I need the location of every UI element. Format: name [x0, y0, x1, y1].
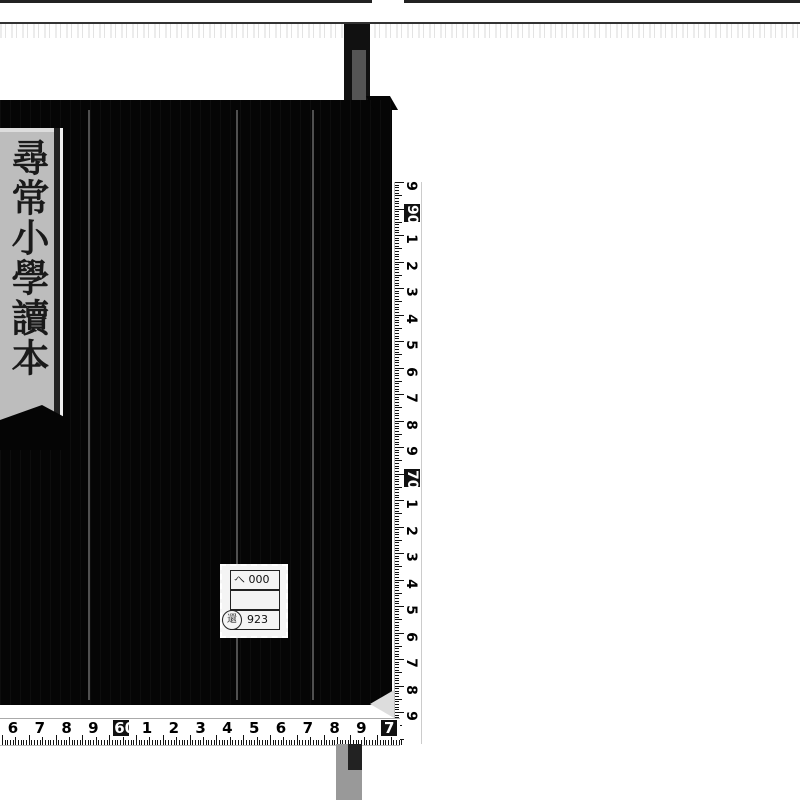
scale-tick	[395, 693, 399, 694]
scale-tick	[377, 735, 378, 745]
scale-tick	[326, 740, 327, 745]
scale-tick	[332, 740, 333, 745]
scale-tick	[257, 737, 258, 745]
scale-tick	[80, 740, 81, 745]
scale-tick	[395, 691, 399, 692]
scale-tick	[395, 683, 399, 684]
scale-tick	[395, 320, 399, 321]
scale-tick	[395, 275, 402, 276]
scale-tick	[61, 740, 62, 745]
scale-tick	[174, 740, 175, 745]
scale-tick	[235, 740, 236, 745]
scale-tick	[395, 365, 399, 366]
scale-tick	[128, 740, 129, 745]
scale-tick	[395, 709, 399, 710]
scale-tick	[395, 619, 402, 620]
scale-tick	[395, 405, 399, 406]
scale-tick	[395, 375, 399, 376]
scale-tick	[380, 740, 381, 745]
scale-tick	[395, 630, 399, 631]
cover-crease	[88, 110, 90, 700]
scale-tick	[58, 740, 59, 745]
scale-number: 3	[403, 549, 419, 565]
scale-tick	[316, 740, 317, 745]
cover-crease	[312, 110, 314, 700]
scale-tick	[395, 269, 399, 270]
scale-tick	[395, 309, 399, 310]
scale-tick	[147, 740, 148, 745]
scale-tick	[395, 434, 402, 435]
scale-number: 4	[403, 311, 419, 327]
scale-tick	[198, 740, 199, 745]
scale-tick	[82, 735, 83, 745]
scale-tick	[395, 609, 399, 610]
scale-tick	[395, 664, 399, 665]
scale-tick	[160, 740, 161, 745]
label-row-1: ヘ 000	[230, 570, 280, 590]
scale-tick	[246, 740, 247, 745]
scale-tick	[168, 740, 169, 745]
scale-tick	[395, 402, 399, 403]
scale-number: 8	[60, 720, 74, 736]
scale-tick	[395, 542, 399, 543]
scale-number: 5	[403, 602, 419, 618]
scale-tick	[93, 740, 94, 745]
scale-tick	[395, 701, 399, 702]
scale-number: 9	[403, 443, 419, 459]
scale-number: 9	[403, 708, 419, 724]
scale-tick	[395, 312, 399, 313]
scale-tick	[216, 735, 217, 745]
scale-tick	[395, 534, 399, 535]
scale-tick	[395, 656, 399, 657]
scale-tick	[69, 737, 70, 745]
scale-tick	[241, 740, 242, 745]
scale-tick	[395, 466, 399, 467]
label-row-2	[230, 590, 280, 610]
scale-tick	[395, 489, 399, 490]
scale-tick	[395, 415, 399, 416]
scale-number: 90	[404, 204, 420, 222]
scale-tick	[395, 407, 402, 408]
scale-tick	[395, 672, 402, 673]
scale-tick	[2, 735, 3, 745]
scale-tick	[395, 505, 399, 506]
scale-tick	[289, 740, 290, 745]
vertical-scale: 99012345678970123456789	[394, 182, 422, 744]
scale-tick	[395, 508, 399, 509]
scale-tick	[219, 740, 220, 745]
scale-tick	[101, 740, 102, 745]
scale-number: 7	[381, 720, 397, 736]
scale-tick	[395, 617, 399, 618]
scale-tick	[243, 735, 244, 745]
scale-tick	[34, 740, 35, 745]
scale-tick	[85, 740, 86, 745]
scale-tick	[395, 582, 399, 583]
scale-tick	[227, 740, 228, 745]
scale-tick	[395, 680, 399, 681]
scale-tick	[395, 667, 399, 668]
scale-tick	[395, 391, 399, 392]
scale-tick	[395, 198, 399, 199]
scale-tick	[385, 740, 386, 745]
scale-tick	[395, 322, 399, 323]
scale-number: 9	[86, 720, 100, 736]
scale-tick	[395, 611, 399, 612]
scale-number: 70	[404, 469, 420, 487]
scale-number: 6	[6, 720, 20, 736]
scale-tick	[395, 232, 399, 233]
scale-tick	[395, 426, 399, 427]
scale-tick	[395, 285, 399, 286]
scale-tick	[149, 737, 150, 745]
scale-tick	[395, 548, 399, 549]
scale-tick	[23, 740, 24, 745]
scale-tick	[395, 381, 402, 382]
scale-tick	[42, 737, 43, 745]
scale-tick	[395, 585, 399, 586]
scale-tick	[395, 511, 399, 512]
scale-tick	[395, 662, 399, 663]
scale-tick	[395, 330, 399, 331]
scale-tick	[395, 336, 399, 337]
scale-tick	[144, 740, 145, 745]
scale-tick	[395, 185, 399, 186]
scale-tick	[141, 740, 142, 745]
scale-tick	[395, 463, 399, 464]
scale-tick	[395, 545, 399, 546]
scale-tick	[395, 299, 399, 300]
binding-clip-top-shade	[352, 50, 366, 100]
scale-tick	[393, 740, 394, 745]
scale-number: 1	[403, 496, 419, 512]
scale-tick	[77, 740, 78, 745]
scale-tick	[395, 696, 399, 697]
scale-tick	[383, 740, 384, 745]
scale-tick	[120, 740, 121, 745]
binding-clip-bottom-shade	[348, 744, 362, 770]
scale-tick	[56, 735, 57, 745]
scale-tick	[395, 516, 399, 517]
scale-tick	[395, 439, 399, 440]
scale-tick	[395, 460, 402, 461]
scale-tick	[395, 383, 399, 384]
scale-tick	[21, 740, 22, 745]
scale-tick	[395, 240, 399, 241]
scale-tick	[395, 577, 399, 578]
scale-tick	[176, 737, 177, 745]
scale-tick	[395, 248, 402, 249]
scale-tick	[179, 740, 180, 745]
catalog-label: ヘ 000 923 還	[220, 564, 288, 638]
scale-tick	[53, 740, 54, 745]
scale-tick	[395, 450, 399, 451]
scale-number: 6	[274, 720, 288, 736]
scale-tick	[395, 360, 399, 361]
scale-tick	[224, 740, 225, 745]
scale-tick	[206, 740, 207, 745]
scale-tick	[305, 740, 306, 745]
scale-tick	[395, 251, 399, 252]
scale-number: 9	[354, 720, 368, 736]
scale-tick	[395, 561, 399, 562]
scale-tick	[395, 442, 399, 443]
scale-tick	[112, 740, 113, 745]
scale-tick	[395, 558, 399, 559]
scale-tick	[395, 635, 399, 636]
scale-tick	[395, 328, 402, 329]
scale-tick	[395, 638, 399, 639]
scale-tick	[88, 740, 89, 745]
scale-tick	[200, 740, 201, 745]
book-title: 尋常小學讀本	[4, 138, 50, 378]
scale-tick	[395, 574, 399, 575]
scale-tick	[399, 740, 400, 745]
scale-tick	[50, 740, 51, 745]
scale-tick	[395, 455, 399, 456]
scale-tick	[395, 307, 399, 308]
scale-tick	[395, 537, 399, 538]
scale-tick	[26, 740, 27, 745]
scale-tick	[395, 699, 402, 700]
scale-tick	[395, 484, 399, 485]
scale-number: 1	[403, 231, 419, 247]
scale-tick	[395, 678, 399, 679]
scale-tick	[395, 238, 399, 239]
scale-tick	[395, 243, 399, 244]
scale-tick	[262, 740, 263, 745]
scale-tick	[395, 587, 399, 588]
scale-tick	[395, 471, 399, 472]
scale-tick	[286, 740, 287, 745]
scale-tick	[152, 740, 153, 745]
scale-tick	[395, 256, 399, 257]
scale-tick	[115, 740, 116, 745]
scale-tick	[117, 740, 118, 745]
scale-tick	[395, 590, 399, 591]
scale-tick	[395, 224, 399, 225]
scale-tick	[395, 333, 399, 334]
scale-tick	[375, 740, 376, 745]
scale-tick	[395, 349, 399, 350]
scale-tick	[395, 670, 399, 671]
scale-tick	[395, 614, 399, 615]
scale-tick	[13, 740, 14, 745]
scale-tick	[395, 468, 399, 469]
scale-tick	[96, 737, 97, 745]
scale-tick	[395, 206, 399, 207]
scale-tick	[395, 214, 399, 215]
scale-tick	[29, 735, 30, 745]
scale-tick	[249, 740, 250, 745]
scale-tick	[195, 740, 196, 745]
scale-tick	[395, 283, 399, 284]
scale-tick	[395, 595, 399, 596]
scale-tick	[395, 296, 399, 297]
scale-number: 3	[403, 284, 419, 300]
scale-number: 6	[403, 629, 419, 645]
scale-tick	[208, 740, 209, 745]
scale-tick	[395, 540, 402, 541]
scale-tick	[395, 264, 399, 265]
scale-tick	[395, 216, 399, 217]
scale-tick	[366, 740, 367, 745]
scale-tick	[395, 325, 399, 326]
scale-tick	[107, 740, 108, 745]
seal-stamp: 還	[222, 610, 242, 630]
scale-tick	[395, 423, 399, 424]
scale-tick	[329, 740, 330, 745]
scale-number: 3	[194, 720, 208, 736]
scale-tick	[64, 740, 65, 745]
scale-tick	[395, 481, 399, 482]
scale-tick	[395, 301, 402, 302]
scan-top-edge-left	[0, 0, 372, 3]
scale-tick	[230, 737, 231, 745]
scale-tick	[395, 487, 402, 488]
scale-tick	[90, 740, 91, 745]
scale-tick	[396, 740, 397, 745]
scale-tick	[313, 740, 314, 745]
scale-tick	[395, 593, 402, 594]
scale-tick	[395, 556, 399, 557]
scale-tick	[294, 740, 295, 745]
scale-tick	[395, 386, 399, 387]
scale-tick	[395, 513, 402, 514]
scale-tick	[395, 503, 399, 504]
scale-tick	[214, 740, 215, 745]
scale-tick	[74, 740, 75, 745]
scale-tick	[254, 740, 255, 745]
scale-tick	[283, 737, 284, 745]
scale-tick	[395, 715, 399, 716]
scale-tick	[395, 654, 399, 655]
scale-tick	[203, 737, 204, 745]
scale-tick	[278, 740, 279, 745]
scale-tick	[395, 431, 399, 432]
scale-tick	[395, 378, 399, 379]
scale-tick	[318, 740, 319, 745]
scale-tick	[211, 740, 212, 745]
scale-number: 5	[247, 720, 261, 736]
scale-tick	[395, 397, 399, 398]
scale-tick	[395, 497, 399, 498]
scale-tick	[395, 550, 399, 551]
scale-tick	[395, 190, 399, 191]
scale-tick	[395, 413, 399, 414]
scale-tick	[395, 201, 399, 202]
scale-number: 4	[403, 576, 419, 592]
paper-speckle	[0, 24, 800, 38]
scale-tick	[395, 519, 399, 520]
scale-tick	[395, 675, 399, 676]
scale-tick	[251, 740, 252, 745]
scale-tick	[40, 740, 41, 745]
scale-tick	[133, 740, 134, 745]
scale-number: 7	[403, 390, 419, 406]
scale-tick	[299, 740, 300, 745]
scale-tick	[182, 740, 183, 745]
scale-tick	[395, 532, 399, 533]
scale-tick	[395, 293, 399, 294]
scale-tick	[395, 646, 402, 647]
scale-tick	[395, 707, 399, 708]
scale-tick	[395, 495, 399, 496]
scale-tick	[98, 740, 99, 745]
scale-number: 2	[403, 523, 419, 539]
scale-tick	[7, 740, 8, 745]
scale-tick	[163, 735, 164, 745]
scale-tick	[155, 740, 156, 745]
scale-tick	[395, 436, 399, 437]
scale-tick	[395, 529, 399, 530]
scale-tick	[131, 740, 132, 745]
scale-tick	[395, 317, 399, 318]
scale-tick	[395, 370, 399, 371]
scale-tick	[395, 476, 399, 477]
scale-tick	[139, 740, 140, 745]
scale-tick	[395, 704, 399, 705]
scale-number: 8	[403, 682, 419, 698]
scale-tick	[395, 338, 399, 339]
scale-tick	[395, 346, 399, 347]
scale-tick	[192, 740, 193, 745]
scale-tick	[395, 354, 402, 355]
scale-tick	[395, 399, 399, 400]
scale-tick	[302, 740, 303, 745]
scale-tick	[395, 193, 399, 194]
scale-tick	[37, 740, 38, 745]
scale-tick	[388, 740, 389, 745]
scale-tick	[395, 259, 399, 260]
horizontal-scale: 6789601234567897	[0, 718, 400, 746]
scale-tick	[72, 740, 73, 745]
scale-tick	[171, 740, 172, 745]
scale-tick	[136, 735, 137, 745]
scale-tick	[222, 740, 223, 745]
scale-tick	[395, 622, 399, 623]
scale-tick	[395, 651, 399, 652]
scale-tick	[395, 254, 399, 255]
scale-tick	[372, 740, 373, 745]
scale-tick	[395, 246, 399, 247]
scale-number: 5	[403, 337, 419, 353]
scale-tick	[395, 625, 399, 626]
scale-tick	[401, 740, 402, 745]
scale-tick	[165, 740, 166, 745]
scale-tick	[273, 740, 274, 745]
scale-tick	[395, 603, 399, 604]
scale-tick	[395, 187, 399, 188]
scale-tick	[265, 740, 266, 745]
scale-tick	[395, 230, 399, 231]
scale-tick	[232, 740, 233, 745]
scale-tick	[395, 640, 399, 641]
scale-number: 6	[403, 364, 419, 380]
scale-tick	[395, 219, 399, 220]
scan-top-edge-right	[404, 0, 800, 3]
scale-tick	[157, 740, 158, 745]
scale-number: 9	[403, 178, 419, 194]
scale-tick	[125, 740, 126, 745]
scale-tick	[395, 643, 399, 644]
scale-tick	[395, 458, 399, 459]
scale-tick	[395, 373, 399, 374]
scale-tick	[395, 564, 399, 565]
scale-tick	[104, 740, 105, 745]
scale-tick	[66, 740, 67, 745]
